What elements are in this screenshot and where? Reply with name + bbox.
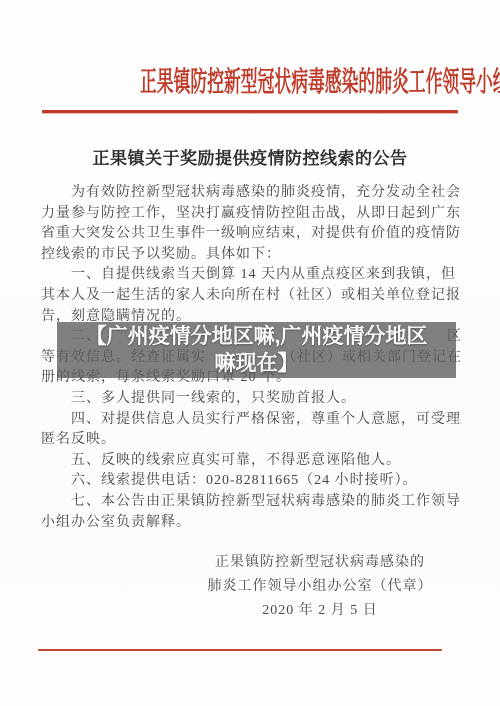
notice-line: 力量参与防控工作，坚决打赢疫情防控阻击战，从即日起到广东 xyxy=(41,204,462,225)
notice-line: 四、对提供信息人员实行严格保密，尊重个人意愿，可受理 xyxy=(41,410,462,431)
notice-line: 其本人及一起生活的家人未向所在村（社区）或相关单位登记报 xyxy=(41,286,462,307)
notice-line: 省重大突发公共卫生事件一级响应结束，对提供有价值的疫情防 xyxy=(41,224,462,245)
notice-line: 匿名反映。 xyxy=(41,430,462,451)
footer-divider xyxy=(38,649,442,651)
notice-line: 五、反映的线索应真实可靠，不得恶意诬陷他人。 xyxy=(41,451,462,472)
letterhead-divider xyxy=(42,110,458,113)
notice-line: 为有效防控新型冠状病毒感染的肺炎疫情，充分发动全社会 xyxy=(41,183,462,204)
caption-overlay-line1: 【广州疫情分地区嘛,广州疫情分地区 xyxy=(57,323,456,350)
letterhead-org-name-text: 正果镇防控新型冠状病毒感染的肺炎工作领导小组办公室 xyxy=(140,60,500,100)
notice-line: 控线索的市民予以奖励。具体如下： xyxy=(41,245,462,266)
signature-org-line1: 正果镇防控新型冠状病毒感染的 xyxy=(190,551,450,575)
letterhead-org-name: 正果镇防控新型冠状病毒感染的肺炎工作领导小组办公室 xyxy=(0,60,500,100)
caption-overlay-line2: 嘛现在】 xyxy=(57,350,456,377)
notice-title: 正果镇关于奖励提供疫情防控线索的公告 xyxy=(0,144,500,169)
signature-org-line2: 肺炎工作领导小组办公室（代章） xyxy=(190,575,450,599)
notice-line: 七、本公告由正果镇防控新型冠状病毒感染的肺炎工作领导 xyxy=(41,492,462,513)
notice-line: 六、线索提供电话：020-82811665（24 小时接听）。 xyxy=(41,471,462,492)
signature-block: 正果镇防控新型冠状病毒感染的 肺炎工作领导小组办公室（代章） 2020 年 2 … xyxy=(190,551,450,623)
notice-line: 小组办公室负责解释。 xyxy=(41,513,462,534)
document-page: 正果镇防控新型冠状病毒感染的肺炎工作领导小组办公室 正果镇关于奖励提供疫情防控线… xyxy=(0,0,500,706)
signature-date: 2020 年 2 月 5 日 xyxy=(190,599,450,623)
notice-line: 三、多人提供同一线索的，只奖励首报人。 xyxy=(41,389,462,410)
notice-line: 一、自提供线索当天倒算 14 天内从重点疫区来到我镇，但 xyxy=(41,265,462,286)
caption-overlay: 【广州疫情分地区嘛,广州疫情分地区 嘛现在】 xyxy=(57,322,456,378)
